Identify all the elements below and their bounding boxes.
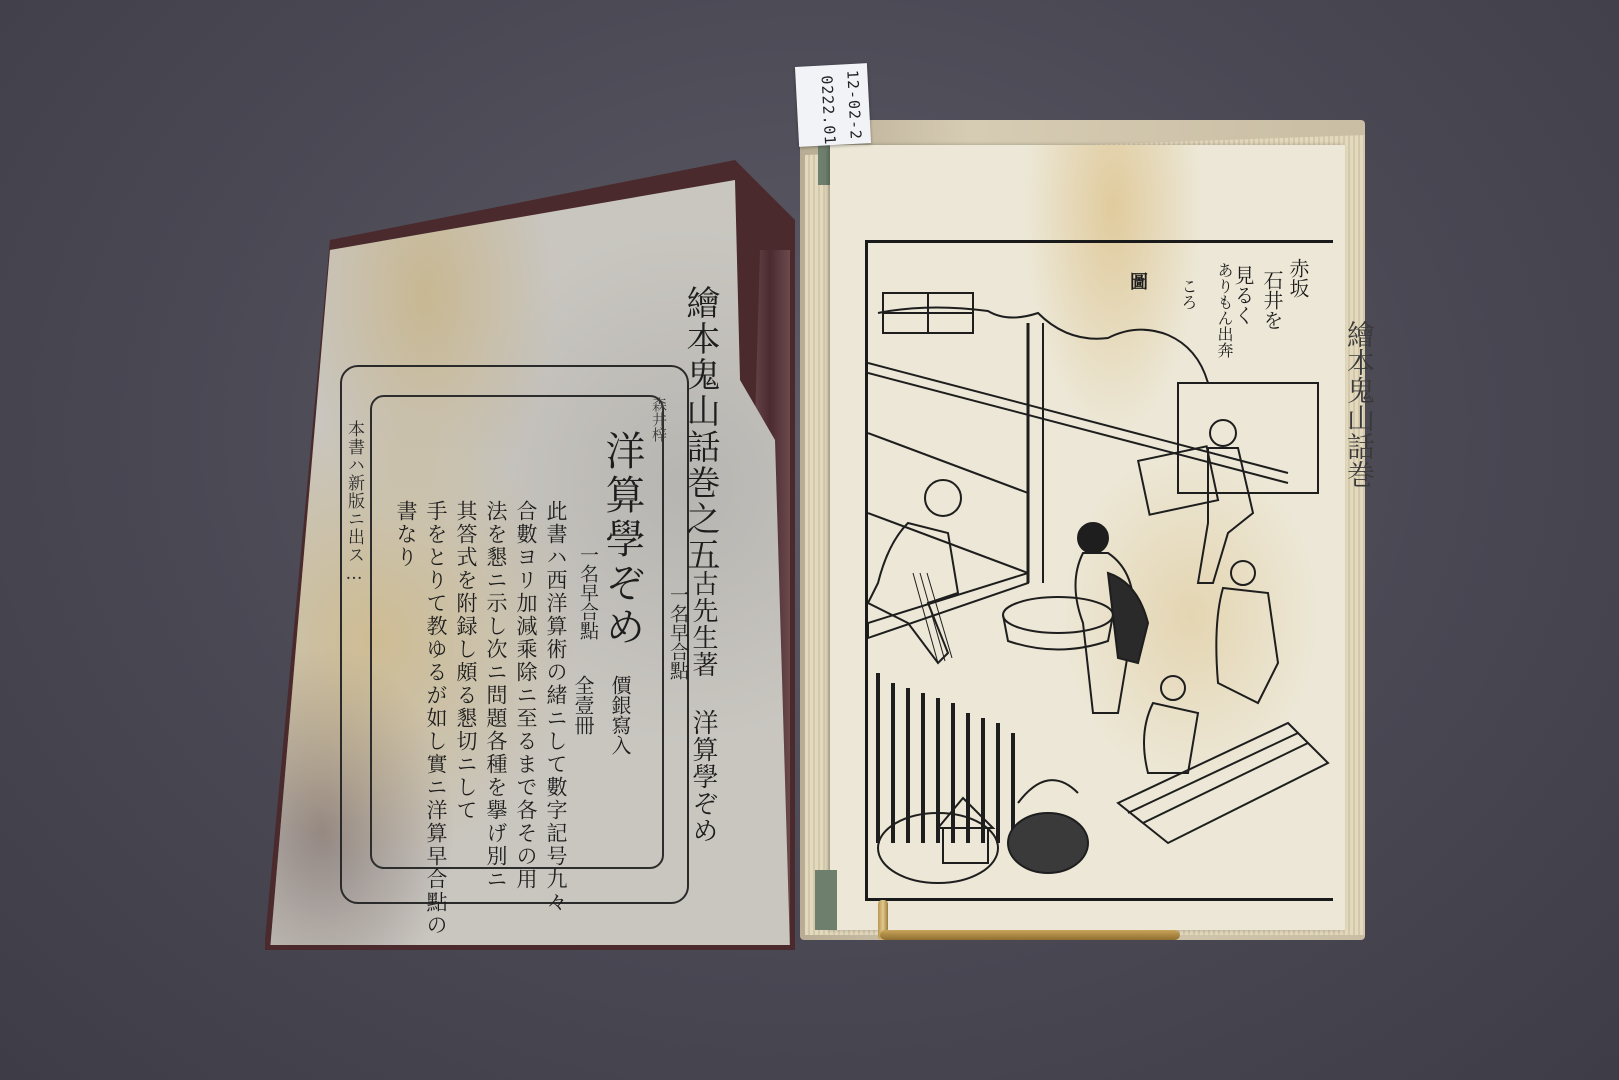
illustration-caption: ころ [1180,278,1196,310]
binding-tab [815,870,837,930]
book-title-slip: 繪本鬼山話巻之五 [683,285,717,573]
advertisement-body-column: 手をとりて教ゆるが如し實ニ洋算早合點の [425,500,446,937]
underlying-page-title: 繪本鬼山話巻 [1345,320,1373,488]
catalog-label: 12-02-2 0222.01 [795,63,871,147]
author-subline: 一名早合點 [668,585,687,680]
advertisement-heading: 洋算學ぞめ [602,430,642,650]
advertisement-body-column: 合數ヨリ加減乘除ニ至るまで各その用 [515,500,536,891]
illustration-caption: 石井を [1262,270,1282,330]
advertisement-body-column: 其答式を附録し頗る懇切ニして [455,500,476,822]
illustration-caption-zu: 圖 [1128,272,1146,290]
advertisement-body-column: 法を懇ニ示し次ニ問題各種を擧げ別ニ [485,500,506,891]
publisher-seal-text: 森井梓 [651,397,666,442]
catalog-label-line-1: 12-02-2 [843,69,865,140]
woodblock-illustration [865,240,1333,901]
illustration-caption: 赤坂 [1288,258,1308,298]
advertisement-subtitle: 一名早合點 [578,545,597,640]
advertisement-price-note: 價銀寫入 [610,675,630,755]
advertisement-body-column: 書なり [395,500,416,569]
advertisement-body-column: 此書ハ西洋算術の緒ニして數字記号九々 [545,500,566,914]
advertisement-volume-count: 全壹冊 [573,675,593,735]
handwritten-margin-note: 本書ハ新版ニ出ス… [345,420,362,585]
book-stand [880,930,1180,940]
illustration-caption: 見るく [1233,265,1253,325]
catalog-label-line-2: 0222.01 [817,75,839,146]
illustration-line-art [868,243,1333,898]
illustration-caption: ありもん出奔 [1216,262,1232,358]
author-line: 古先生著 洋算學ぞめ [690,570,716,844]
